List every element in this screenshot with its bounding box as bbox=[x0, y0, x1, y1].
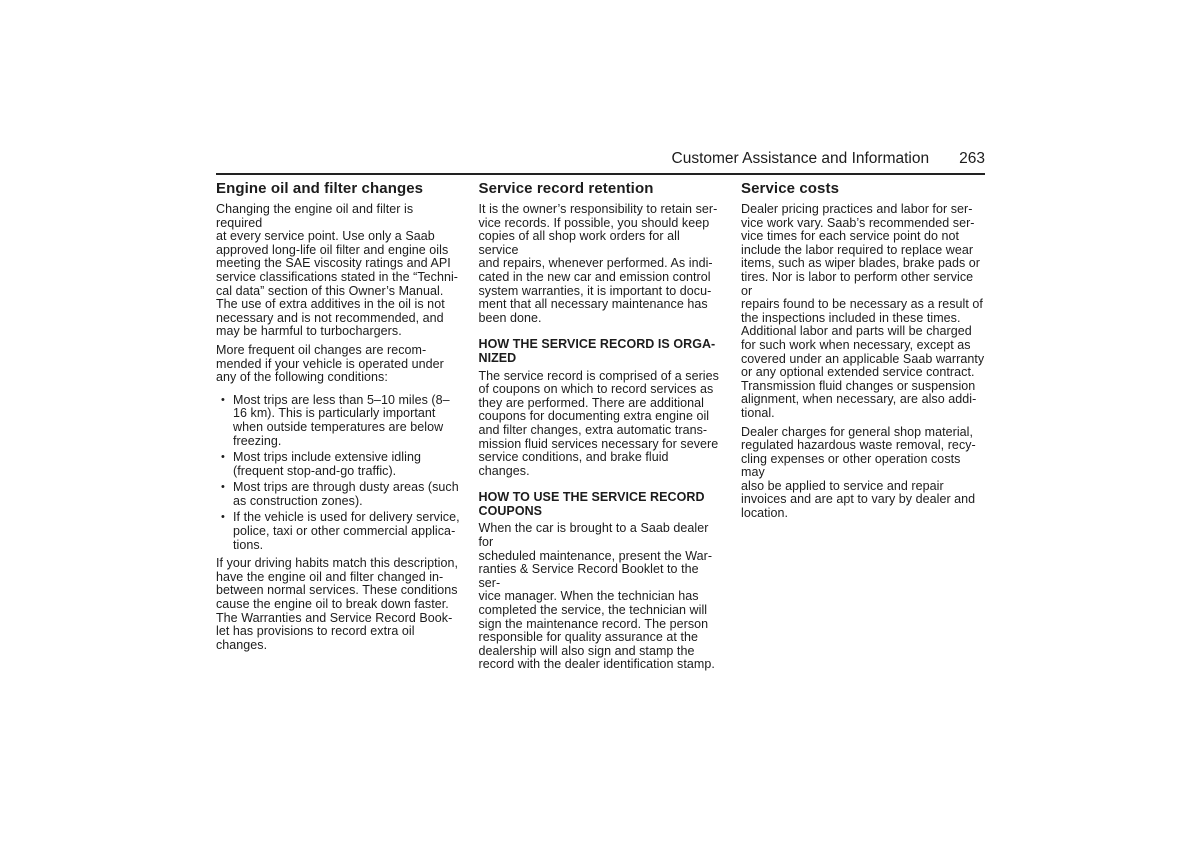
paragraph: More frequent oil changes are recom- men… bbox=[216, 344, 460, 385]
bullet-icon: • bbox=[221, 394, 225, 408]
bullet-icon: • bbox=[221, 511, 225, 525]
subsection-heading: HOW THE SERVICE RECORD IS ORGA- NIZED bbox=[479, 338, 723, 365]
column-2: Service record retentionIt is the owner’… bbox=[479, 180, 723, 672]
section-heading: Service costs bbox=[741, 180, 985, 198]
text-columns: Engine oil and filter changesChanging th… bbox=[216, 180, 988, 672]
page-number: 263 bbox=[959, 150, 985, 168]
section-heading: Engine oil and filter changes bbox=[216, 180, 460, 198]
bullet-item: •Most trips are less than 5–10 miles (8–… bbox=[216, 394, 460, 448]
page-header: Customer Assistance and Information263 bbox=[216, 150, 985, 168]
paragraph: Dealer pricing practices and labor for s… bbox=[741, 203, 985, 421]
bullet-item: •If the vehicle is used for delivery ser… bbox=[216, 511, 460, 552]
bullet-item: •Most trips are through dusty areas (suc… bbox=[216, 481, 460, 508]
section-heading: Service record retention bbox=[479, 180, 723, 198]
bullet-text: Most trips are through dusty areas (such… bbox=[233, 480, 459, 508]
bullet-list: •Most trips are less than 5–10 miles (8–… bbox=[216, 394, 460, 553]
paragraph: The service record is comprised of a ser… bbox=[479, 370, 723, 479]
bullet-icon: • bbox=[221, 481, 225, 495]
column-1: Engine oil and filter changesChanging th… bbox=[216, 180, 460, 652]
paragraph: It is the owner’s responsibility to reta… bbox=[479, 203, 723, 325]
bullet-text: Most trips are less than 5–10 miles (8– … bbox=[233, 393, 450, 448]
paragraph: If your driving habits match this descri… bbox=[216, 557, 460, 652]
paragraph: Dealer charges for general shop material… bbox=[741, 426, 985, 521]
bullet-text: Most trips include extensive idling (fre… bbox=[233, 450, 421, 478]
subsection-heading: HOW TO USE THE SERVICE RECORD COUPONS bbox=[479, 491, 723, 518]
paragraph: When the car is brought to a Saab dealer… bbox=[479, 522, 723, 672]
paragraph: Changing the engine oil and filter is re… bbox=[216, 203, 460, 339]
header-rule bbox=[216, 173, 985, 175]
bullet-item: •Most trips include extensive idling (fr… bbox=[216, 451, 460, 478]
manual-page: Customer Assistance and Information263 E… bbox=[0, 0, 1200, 848]
page-header-title: Customer Assistance and Information bbox=[672, 150, 930, 167]
bullet-icon: • bbox=[221, 451, 225, 465]
bullet-text: If the vehicle is used for delivery serv… bbox=[233, 510, 460, 551]
column-3: Service costsDealer pricing practices an… bbox=[741, 180, 985, 521]
